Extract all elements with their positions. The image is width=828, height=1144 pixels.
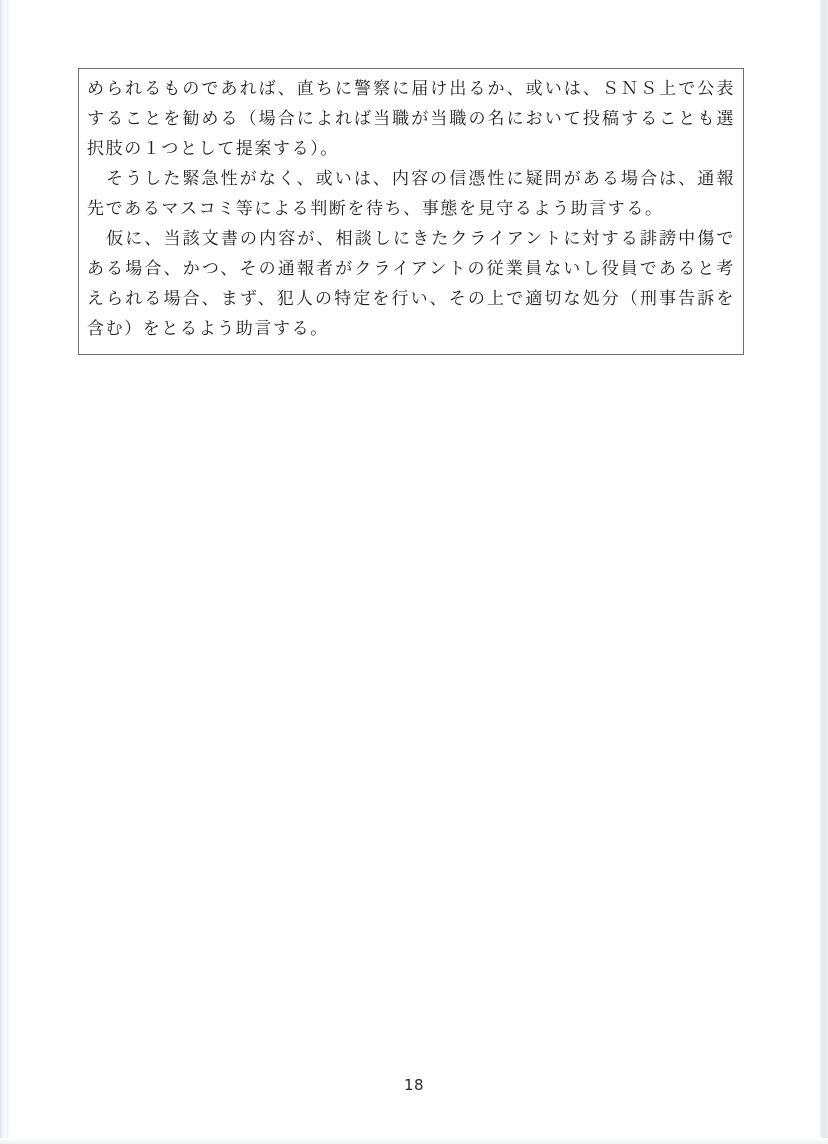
- paragraph-2: そうした緊急性がなく、或いは、内容の信憑性に疑問がある場合は、通報先であるマスコ…: [87, 164, 735, 224]
- paragraph-1: められるものであれば、直ちに警察に届け出るか、或いは、ＳＮＳ上で公表することを勧…: [87, 74, 735, 164]
- paragraph-3: 仮に、当該文書の内容が、相談しにきたクライアントに対する誹謗中傷である場合、かつ…: [87, 224, 735, 344]
- page-edge-shadow-left: [0, 0, 10, 1144]
- page-edge-shadow-bottom: [0, 1138, 828, 1144]
- page-number: 18: [0, 1076, 828, 1094]
- page-edge-shadow-right: [818, 0, 828, 1144]
- body-text-box: められるものであれば、直ちに警察に届け出るか、或いは、ＳＮＳ上で公表することを勧…: [78, 68, 744, 355]
- document-page: { "page": { "number": "18", "body_box": …: [0, 0, 828, 1144]
